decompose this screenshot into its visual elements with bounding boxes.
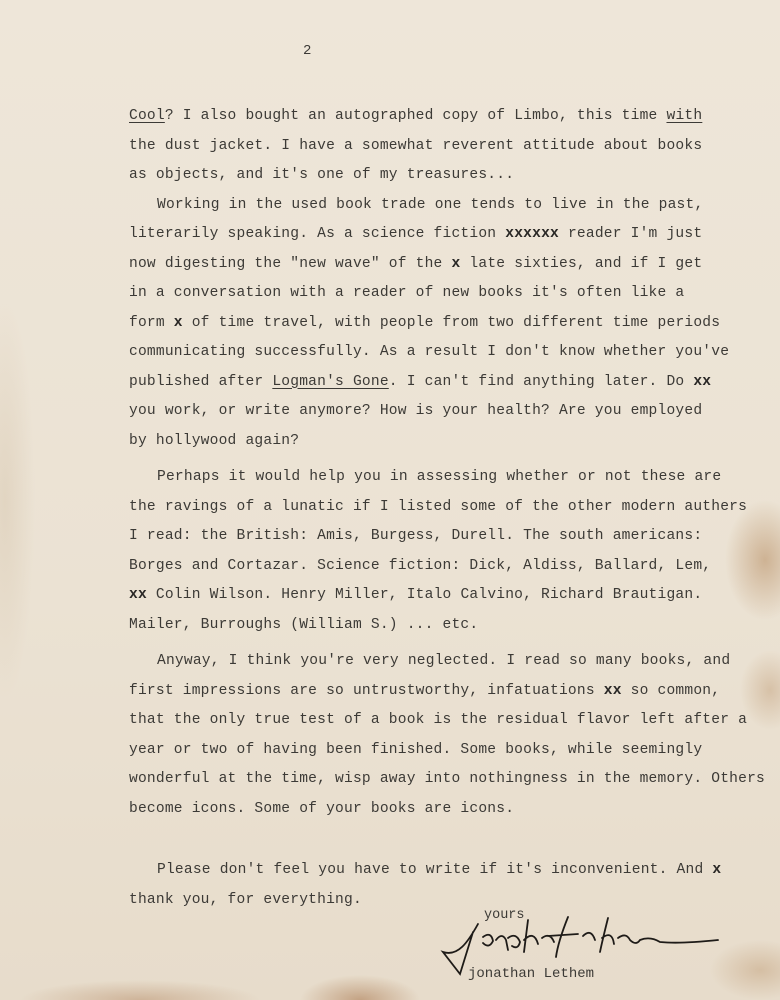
text-line: Please don't feel you have to write if i…	[129, 856, 779, 886]
text-line: first impressions are so untrustworthy, …	[129, 677, 779, 707]
text-line: in a conversation with a reader of new b…	[129, 279, 779, 309]
text-line: Borges and Cortazar. Science fiction: Di…	[129, 552, 779, 582]
paragraph-1: Cool? I also bought an autographed copy …	[129, 102, 779, 191]
paragraph-5: Please don't feel you have to write if i…	[129, 856, 779, 915]
text-line: thank you, for everything.	[129, 886, 779, 916]
underlined-word: Cool	[129, 108, 165, 124]
struck-out-text: xxxxxx	[505, 226, 559, 242]
text-line: you work, or write anymore? How is your …	[129, 397, 779, 427]
struck-out-text: x	[712, 862, 721, 878]
text-line: as objects, and it's one of my treasures…	[129, 161, 779, 191]
struck-out-text: xx	[604, 683, 622, 699]
paragraph-4: Anyway, I think you're very neglected. I…	[129, 647, 779, 824]
text-line: wonderful at the time, wisp away into no…	[129, 765, 779, 795]
text-line: the ravings of a lunatic if I listed som…	[129, 493, 779, 523]
text-line: communicating successfully. As a result …	[129, 338, 779, 368]
struck-out-text: xx	[129, 587, 147, 603]
text-line: literarily speaking. As a science fictio…	[129, 220, 779, 250]
text-line: published after Logman's Gone. I can't f…	[129, 368, 779, 398]
paragraph-3: Perhaps it would help you in assessing w…	[129, 463, 779, 640]
book-title: Logman's Gone	[272, 374, 388, 390]
text-line: by hollywood again?	[129, 427, 779, 457]
struck-out-text: xx	[693, 374, 711, 390]
letter-body: Cool? I also bought an autographed copy …	[129, 102, 779, 915]
text-line: that the only true test of a book is the…	[129, 706, 779, 736]
text-line: Cool? I also bought an autographed copy …	[129, 102, 779, 132]
text-line: Mailer, Burroughs (William S.) ... etc.	[129, 611, 779, 641]
text-line: form x of time travel, with people from …	[129, 309, 779, 339]
paragraph-2: Working in the used book trade one tends…	[129, 191, 779, 457]
text-line: year or two of having been finished. Som…	[129, 736, 779, 766]
text-line: the dust jacket. I have a somewhat rever…	[129, 132, 779, 162]
text-line: Working in the used book trade one tends…	[129, 191, 779, 221]
text-line: now digesting the "new wave" of the x la…	[129, 250, 779, 280]
struck-out-text: x	[174, 315, 183, 331]
text-line: become icons. Some of your books are ico…	[129, 795, 779, 825]
typed-signature: jonathan Lethem	[468, 966, 594, 982]
text-line: I read: the British: Amis, Burgess, Dure…	[129, 522, 779, 552]
text-line: Perhaps it would help you in assessing w…	[129, 463, 779, 493]
underlined-word: with	[666, 108, 702, 124]
text-line: Anyway, I think you're very neglected. I…	[129, 647, 779, 677]
text-line: xx Colin Wilson. Henry Miller, Italo Cal…	[129, 581, 779, 611]
page-number: 2	[303, 43, 311, 59]
